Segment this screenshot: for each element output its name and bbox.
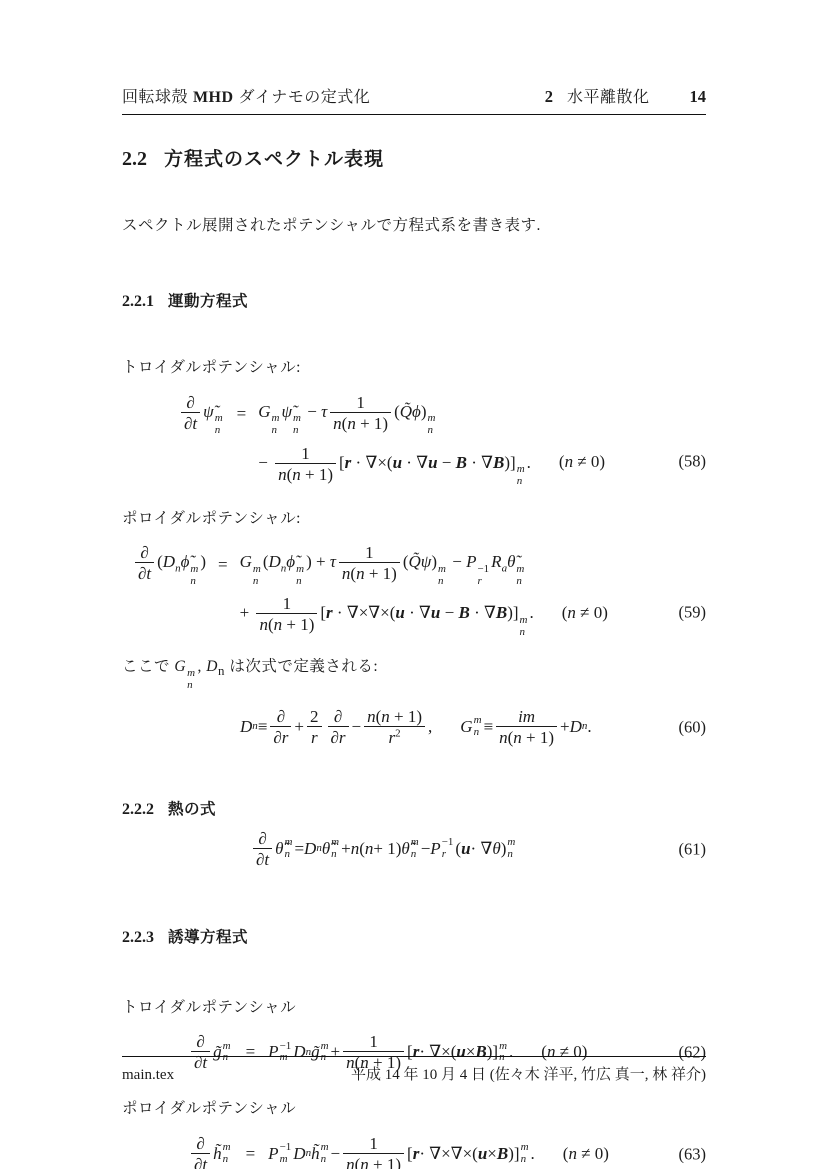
equation-59-rhs-line1: Gmn(Dnϕ̃mn) + τ1n(n + 1)(Q̃ψ)mn − P−1rRa… xyxy=(240,543,527,587)
subsection-heading-1: 2.2.1 運動方程式 xyxy=(122,289,706,311)
equation-58: ∂∂tψ̃mn = Gmnψ̃mn − τ1n(n + 1)(Q̃ϕ)mn − … xyxy=(122,393,706,488)
section-title: 方程式のスペクトル表現 xyxy=(164,144,384,171)
date-authors: 平成 14 年 10 月 4 日 (佐々木 洋平, 竹広 真一, 林 祥介) xyxy=(351,1063,706,1084)
toroidal-potential-label: トロイダルポテンシャル: xyxy=(122,355,706,377)
subsection-number: 2.2.2 xyxy=(122,801,154,819)
intro-paragraph: スペクトル展開されたポテンシャルで方程式系を書き表す. xyxy=(122,213,706,235)
equation-58-lhs: ∂∂tψ̃mn xyxy=(178,393,225,437)
equation-number-59: (59) xyxy=(679,601,707,622)
equation-60: Dn ≡ ∂∂r + 2r∂∂r − n(n + 1)r2,Gmn ≡ imn(… xyxy=(122,707,706,747)
subsection-heading-3: 2.2.3 誘導方程式 xyxy=(122,925,706,947)
equation-59-body: ∂∂t(Dnϕ̃mn) = Gmn(Dnϕ̃mn) + τ1n(n + 1)(Q… xyxy=(132,543,608,638)
equation-58-body: ∂∂tψ̃mn = Gmnψ̃mn − τ1n(n + 1)(Q̃ϕ)mn − … xyxy=(178,393,605,488)
running-title: 回転球殻 MHD ダイナモの定式化 xyxy=(122,84,370,107)
section-heading: 2.2 方程式のスペクトル表現 xyxy=(122,144,706,171)
subsection-title: 誘導方程式 xyxy=(168,925,248,947)
running-title-post: ダイナモの定式化 xyxy=(234,89,371,106)
source-filename: main.tex xyxy=(122,1067,174,1084)
chapter-number: 2 xyxy=(545,87,553,107)
equation-number-60: (60) xyxy=(679,716,707,737)
running-title-pre: 回転球殻 xyxy=(122,89,193,106)
poloidal-potential-label: ポロイダルポテンシャル xyxy=(122,1096,706,1118)
equation-61-body: ∂∂tθ̃mn = Dnθ̃mn + n(n + 1)θ̃mn − P−1r(u… xyxy=(250,829,706,869)
page-number: 14 xyxy=(690,87,707,107)
equation-59: ∂∂t(Dnϕ̃mn) = Gmn(Dnϕ̃mn) + τ1n(n + 1)(Q… xyxy=(122,543,706,638)
equation-63: ∂∂th̃mn=P−1mDnh̃mn − 1n(n + 1)[r · ∇×∇×(… xyxy=(122,1134,706,1169)
running-title-acronym: MHD xyxy=(193,89,234,106)
subsection-heading-2: 2.2.2 熱の式 xyxy=(122,797,706,819)
page-body: 2.2 方程式のスペクトル表現 スペクトル展開されたポテンシャルで方程式系を書き… xyxy=(122,112,706,1169)
subsection-title: 運動方程式 xyxy=(168,289,248,311)
subsection-title: 熱の式 xyxy=(168,797,216,819)
equation-58-rhs-line2: − 1n(n + 1)[r · ∇×(u · ∇u − B · ∇B)]mn.(… xyxy=(258,444,605,488)
equation-number-58: (58) xyxy=(679,450,707,471)
equation-59-lhs: ∂∂t(Dnϕ̃mn) xyxy=(132,543,206,587)
definition-intro-text: ここで Gmn, Dn は次式で定義される: xyxy=(122,654,706,691)
equation-number-63: (63) xyxy=(679,1143,707,1164)
equals-sign: = xyxy=(237,403,247,425)
subsection-number: 2.2.1 xyxy=(122,293,154,311)
equals-sign: = xyxy=(218,554,228,576)
equation-number-61: (61) xyxy=(679,838,707,859)
equation-58-rhs-line1: Gmnψ̃mn − τ1n(n + 1)(Q̃ϕ)mn xyxy=(258,393,437,437)
equation-61: ∂∂tθ̃mn = Dnθ̃mn + n(n + 1)θ̃mn − P−1r(u… xyxy=(122,829,706,869)
page-header: 回転球殻 MHD ダイナモの定式化 2 水平離散化 14 xyxy=(122,84,706,115)
poloidal-potential-label: ポロイダルポテンシャル: xyxy=(122,506,706,528)
chapter-title: 水平離散化 xyxy=(567,84,650,107)
page-footer: main.tex 平成 14 年 10 月 4 日 (佐々木 洋平, 竹広 真一… xyxy=(122,1056,706,1084)
subsection-number: 2.2.3 xyxy=(122,929,154,947)
header-right: 2 水平離散化 14 xyxy=(545,84,706,107)
toroidal-potential-label: トロイダルポテンシャル xyxy=(122,995,706,1017)
document-page: 回転球殻 MHD ダイナモの定式化 2 水平離散化 14 2.2 方程式のスペク… xyxy=(0,0,826,1169)
equation-63-body: ∂∂th̃mn=P−1mDnh̃mn − 1n(n + 1)[r · ∇×∇×(… xyxy=(188,1134,706,1169)
equation-60-body: Dn ≡ ∂∂r + 2r∂∂r − n(n + 1)r2,Gmn ≡ imn(… xyxy=(240,707,706,747)
section-number: 2.2 xyxy=(122,148,147,171)
equation-59-rhs-line2: + 1n(n + 1)[r · ∇×∇×(u · ∇u − B · ∇B)]mn… xyxy=(240,594,608,638)
